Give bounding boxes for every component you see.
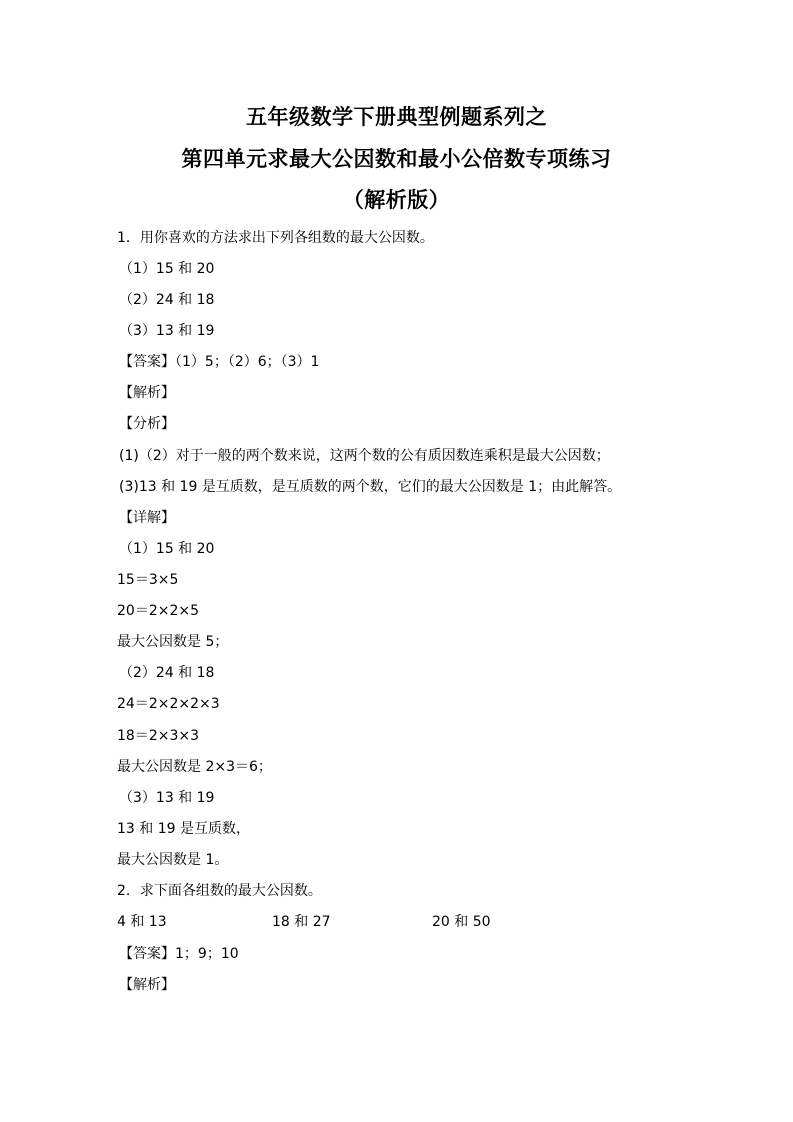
solution-line-7: 18＝2×3×3	[117, 726, 199, 746]
question-1-item-2: （2）24 和 18	[119, 290, 214, 310]
question-1-fenxi-line-2: (3)13 和 19 是互质数，是互质数的两个数，它们的最大公因数是 1；由此解…	[119, 477, 621, 497]
question-1-item-3: （3）13 和 19	[119, 321, 214, 341]
question-2-answer: 【答案】1；9；10	[119, 944, 239, 964]
question-1-answer: 【答案】（1）5；（2）6；（3）1	[119, 352, 319, 372]
question-2-jiexi-label: 【解析】	[119, 975, 175, 995]
solution-line-9: （3）13 和 19	[119, 788, 214, 808]
document-page: 五年级数学下册典型例题系列之 第四单元求最大公因数和最小公倍数专项练习 （解析版…	[0, 0, 793, 1122]
solution-line-8: 最大公因数是 2×3＝6；	[117, 757, 272, 777]
question-1-xiangjie-label: 【详解】	[119, 508, 175, 528]
question-2-group-2: 18 和 27	[272, 912, 331, 932]
solution-line-4: 最大公因数是 5；	[117, 632, 228, 652]
question-1-jiexi-label: 【解析】	[119, 383, 175, 403]
question-2-prompt: 2．求下面各组数的最大公因数。	[117, 881, 322, 901]
question-2-group-1: 4 和 13	[117, 912, 167, 932]
solution-line-3: 20＝2×2×5	[117, 601, 199, 621]
solution-line-11: 最大公因数是 1。	[117, 850, 228, 870]
question-1-fenxi-line-1: (1)（2）对于一般的两个数来说，这两个数的公有质因数连乘积是最大公因数；	[119, 446, 610, 466]
solution-line-6: 24＝2×2×2×3	[117, 694, 220, 714]
solution-line-2: 15＝3×5	[117, 570, 178, 590]
question-2-group-3: 20 和 50	[432, 912, 491, 932]
solution-line-10: 13 和 19 是互质数，	[117, 819, 250, 839]
question-1-fenxi-label: 【分析】	[119, 414, 175, 434]
question-1-prompt: 1．用你喜欢的方法求出下列各组数的最大公因数。	[117, 228, 434, 248]
solution-line-1: （1）15 和 20	[119, 539, 214, 559]
title-line-1: 五年级数学下册典型例题系列之	[0, 103, 793, 131]
title-line-3: （解析版）	[0, 186, 793, 214]
question-1-item-1: （1）15 和 20	[119, 259, 214, 279]
title-line-2: 第四单元求最大公因数和最小公倍数专项练习	[0, 145, 793, 173]
solution-line-5: （2）24 和 18	[119, 663, 214, 683]
